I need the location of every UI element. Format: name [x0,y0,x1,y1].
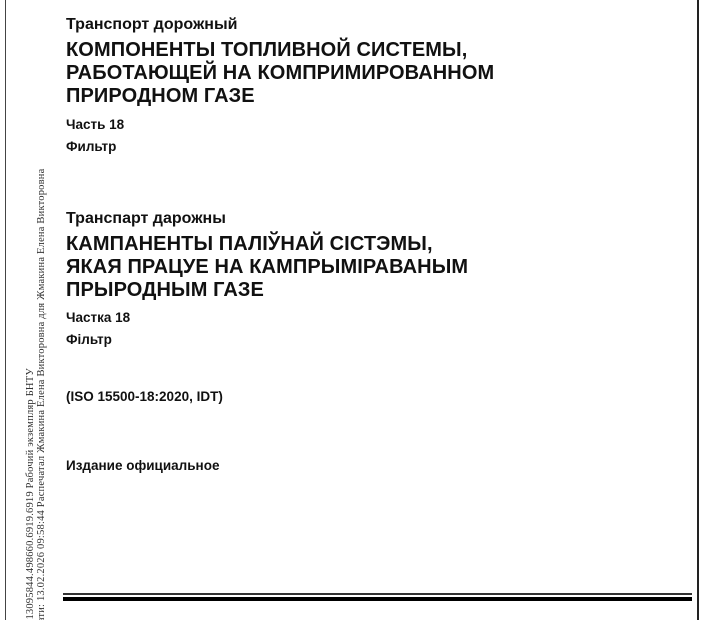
ru-title: КОМПОНЕНТЫ ТОПЛИВНОЙ СИСТЕМЫ, РАБОТАЮЩЕЙ… [66,39,494,108]
edition-label: Издание официальное [66,458,219,473]
footer-rule-thick [63,597,692,601]
by-part-name: Фільтр [66,332,112,347]
by-title-line: ПРЫРОДНЫМ ГАЗЕ [66,279,468,302]
watermark-copy-id: 213095844.498660.6919.6919 Рабочий экзем… [25,368,36,620]
footer-rule-thin [63,593,692,595]
by-subtitle: Транспарт дарожны [66,210,226,228]
ru-title-line: ПРИРОДНОМ ГАЗЕ [66,85,494,108]
by-title: КАМПАНЕНТЫ ПАЛІЎНАЙ СІСТЭМЫ, ЯКАЯ ПРАЦУЕ… [66,233,468,302]
ru-part-number: Часть 18 [66,117,124,132]
ru-subtitle: Транспорт дорожный [66,16,237,34]
ru-part-name: Фильтр [66,139,116,154]
by-title-line: ЯКАЯ ПРАЦУЕ НА КАМПРЫМІРАВАНЫМ [66,256,468,279]
page-border-right [697,0,699,620]
iso-reference: (ISO 15500-18:2020, IDT) [66,389,223,404]
by-title-line: КАМПАНЕНТЫ ПАЛІЎНАЙ СІСТЭМЫ, [66,233,468,256]
ru-title-line: РАБОТАЮЩЕЙ НА КОМПРИМИРОВАННОМ [66,62,494,85]
page-border-left [5,0,6,620]
ru-title-line: КОМПОНЕНТЫ ТОПЛИВНОЙ СИСТЕМЫ, [66,39,494,62]
watermark-print-info: пати: 13.02.2026 09:58:44 Распечатал Жма… [36,169,47,620]
by-part-number: Частка 18 [66,310,130,325]
